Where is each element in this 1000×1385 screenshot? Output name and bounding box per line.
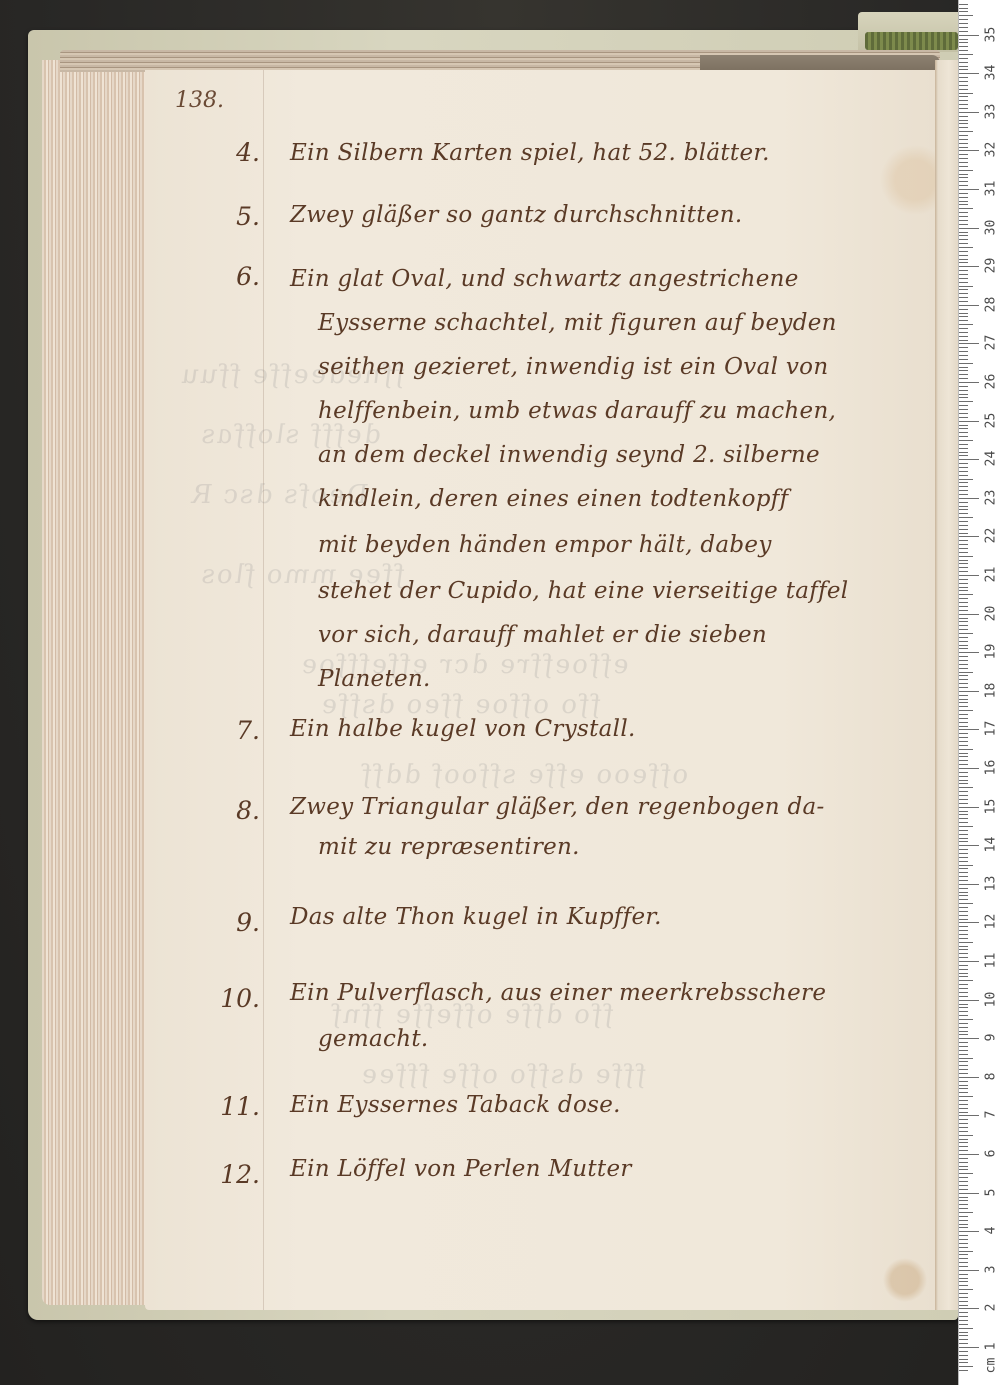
ruler-tick — [959, 421, 979, 422]
ruler-tick — [959, 444, 968, 445]
ruler-tick — [959, 1158, 968, 1159]
entry-line: Eysserne schachtel, mit figuren auf beyd… — [318, 310, 837, 336]
ruler-tick — [959, 1011, 968, 1012]
ruler-tick — [959, 270, 968, 271]
ruler-tick — [959, 1293, 968, 1294]
ruler-tick — [959, 838, 968, 839]
ruler-tick — [959, 15, 973, 16]
ruler-tick — [959, 699, 968, 700]
ruler-tick — [959, 795, 968, 796]
ruler-tick — [959, 946, 968, 947]
ruler-tick — [959, 27, 968, 28]
ruler-tick — [959, 262, 968, 263]
ruler-cm-label: 16 — [984, 758, 999, 778]
ruler-tick — [959, 85, 968, 86]
ruler-tick — [959, 397, 968, 398]
ruler-tick — [959, 1366, 973, 1367]
ruler-tick — [959, 100, 968, 101]
ruler-tick — [959, 834, 968, 835]
ruler-tick — [959, 903, 973, 904]
ruler-cm-label: 14 — [984, 835, 999, 855]
ruler-tick — [959, 533, 968, 534]
ruler-tick — [959, 814, 968, 815]
ruler-cm-label: 10 — [984, 989, 999, 1009]
ruler-tick — [959, 811, 968, 812]
ruler-tick — [959, 664, 968, 665]
ruler-tick — [959, 575, 979, 576]
ruler-tick — [959, 973, 968, 974]
ruler-tick — [959, 660, 968, 661]
ruler-tick — [959, 11, 968, 12]
ruler-cm-label: 25 — [984, 410, 999, 430]
ruler-tick — [959, 1127, 968, 1128]
ruler-tick — [959, 116, 968, 117]
ruler-tick — [959, 783, 968, 784]
ruler-tick — [959, 517, 973, 518]
ruler-tick — [959, 1081, 968, 1082]
ruler-tick — [959, 1301, 968, 1302]
ruler-tick — [959, 984, 968, 985]
ruler-tick — [959, 123, 968, 124]
ruler-tick — [959, 1216, 968, 1217]
ruler-tick — [959, 841, 968, 842]
entry-number: 12. — [200, 1160, 260, 1189]
ruler-tick — [959, 39, 968, 40]
ruler-tick — [959, 552, 968, 553]
ruler-tick — [959, 1355, 968, 1356]
ruler-cm-label: 15 — [984, 796, 999, 816]
ruler-tick — [959, 1193, 979, 1194]
ruler-tick — [959, 19, 968, 20]
ruler-tick — [959, 760, 968, 761]
ruler-tick — [959, 1054, 968, 1055]
ruler-tick — [959, 181, 968, 182]
ruler-tick — [959, 93, 973, 94]
ruler-tick — [959, 996, 968, 997]
ruler-tick — [959, 695, 968, 696]
ruler-tick — [959, 1108, 968, 1109]
entry-number: 5. — [200, 202, 260, 231]
ruler-tick — [959, 216, 968, 217]
ruler-tick — [959, 81, 968, 82]
ruler-cm-label: 18 — [984, 680, 999, 700]
ruler-tick — [959, 583, 968, 584]
ruler-tick — [959, 922, 979, 923]
ruler-tick — [959, 1289, 973, 1290]
margin-rule — [263, 70, 264, 1310]
entry-number: 9. — [200, 908, 260, 937]
ruler-tick — [959, 401, 973, 402]
ruler-tick — [959, 108, 968, 109]
ruler-tick — [959, 590, 968, 591]
measurement-ruler: 1234567891011121314151617181920212223242… — [958, 0, 1000, 1385]
entry-line: mit zu repræsentiren. — [318, 834, 580, 860]
entry-line: Planeten. — [318, 666, 431, 692]
ruler-tick — [959, 594, 973, 595]
ruler-tick — [959, 1112, 968, 1113]
ruler-tick — [959, 1297, 968, 1298]
ruler-tick — [959, 475, 968, 476]
ruler-tick — [959, 733, 968, 734]
ruler-tick — [959, 482, 968, 483]
entry-line: seithen gezieret, inwendig ist ein Oval … — [318, 354, 828, 380]
ruler-tick — [959, 614, 979, 615]
ruler-tick — [959, 390, 968, 391]
ruler-tick — [959, 112, 979, 113]
ruler-tick — [959, 232, 968, 233]
ruler-tick — [959, 980, 973, 981]
page-stack-edge — [42, 60, 148, 1305]
ruler-tick — [959, 417, 968, 418]
ruler-tick — [959, 1004, 968, 1005]
ruler-tick — [959, 8, 968, 9]
entry-line: Ein Eyssernes Taback dose. — [290, 1092, 621, 1118]
ruler-cm-label: 23 — [984, 487, 999, 507]
ruler-tick — [959, 911, 968, 912]
ruler-tick — [959, 479, 973, 480]
ruler-tick — [959, 1038, 979, 1039]
ruler-cm-label: 19 — [984, 642, 999, 662]
ruler-tick — [959, 602, 968, 603]
ruler-tick — [959, 1258, 968, 1259]
ruler-tick — [959, 1332, 968, 1333]
ruler-tick — [959, 1042, 968, 1043]
entry-line: Zwey Triangular gläßer, den regenbogen d… — [290, 794, 825, 820]
ruler-tick — [959, 714, 968, 715]
ruler-cm-label: 21 — [984, 565, 999, 585]
ruler-tick — [959, 1278, 968, 1279]
ruler-tick — [959, 224, 968, 225]
ruler-cm-label: 3 — [984, 1259, 999, 1279]
entry-number: 10. — [200, 984, 260, 1013]
ruler-tick — [959, 448, 968, 449]
ruler-tick — [959, 42, 968, 43]
ruler-tick — [959, 556, 973, 557]
ruler-tick — [959, 1135, 973, 1136]
ruler-tick — [959, 432, 968, 433]
ruler-tick — [959, 845, 979, 846]
ruler-tick — [959, 274, 968, 275]
entry-number: 8. — [200, 796, 260, 825]
ruler-tick — [959, 567, 968, 568]
ruler-tick — [959, 4, 968, 5]
ruler-tick — [959, 463, 968, 464]
ruler-tick — [959, 529, 968, 530]
ruler-tick — [959, 235, 968, 236]
folio-number: 138. — [175, 88, 224, 113]
ruler-unit-label: cm — [984, 1356, 999, 1376]
ruler-tick — [959, 486, 968, 487]
ruler-tick — [959, 780, 968, 781]
ruler-tick — [959, 756, 968, 757]
ruler-tick — [959, 336, 968, 337]
ruler-tick — [959, 1247, 968, 1248]
ruler-tick — [959, 316, 968, 317]
ruler-tick — [959, 1019, 973, 1020]
ruler-tick — [959, 343, 979, 344]
ruler-tick — [959, 1069, 968, 1070]
ruler-tick — [959, 1274, 968, 1275]
ruler-tick — [959, 46, 968, 47]
entry-line: Ein Löffel von Perlen Mutter — [290, 1156, 632, 1182]
ruler-tick — [959, 1197, 968, 1198]
entry-number: 6. — [200, 262, 260, 291]
ruler-tick — [959, 1096, 973, 1097]
ruler-tick — [959, 1316, 968, 1317]
ruler-tick — [959, 50, 968, 51]
ruler-tick — [959, 166, 968, 167]
ruler-tick — [959, 726, 968, 727]
ruler-tick — [959, 953, 968, 954]
ruler-tick — [959, 328, 968, 329]
ruler-tick — [959, 1123, 968, 1124]
ruler-tick — [959, 1073, 968, 1074]
ruler-cm-label: 11 — [984, 951, 999, 971]
ruler-cm-label: 1 — [984, 1337, 999, 1357]
ruler-tick — [959, 143, 968, 144]
ruler-tick — [959, 367, 968, 368]
ruler-tick — [959, 633, 973, 634]
ruler-tick — [959, 313, 968, 314]
ruler-tick — [959, 69, 968, 70]
ruler-tick — [959, 919, 968, 920]
ruler-tick — [959, 1046, 968, 1047]
ruler-tick — [959, 645, 968, 646]
ruler-tick — [959, 776, 968, 777]
ruler-tick — [959, 1254, 968, 1255]
ruler-tick — [959, 799, 968, 800]
ruler-tick — [959, 888, 968, 889]
ruler-tick — [959, 204, 968, 205]
ruler-tick — [959, 718, 968, 719]
ruler-tick — [959, 857, 968, 858]
ruler-cm-label: 27 — [984, 333, 999, 353]
ruler-tick — [959, 965, 968, 966]
ruler-tick — [959, 525, 968, 526]
ruler-tick — [959, 729, 979, 730]
ruler-tick — [959, 610, 968, 611]
ruler-tick — [959, 490, 968, 491]
ruler-tick — [959, 1281, 968, 1282]
ruler-tick — [959, 741, 968, 742]
ruler-tick — [959, 174, 968, 175]
ruler-tick — [959, 301, 968, 302]
ruler-tick — [959, 509, 968, 510]
ruler-tick — [959, 266, 979, 267]
ruler-tick — [959, 255, 968, 256]
ruler-tick — [959, 1370, 968, 1371]
ruler-tick — [959, 1231, 979, 1232]
ruler-tick — [959, 185, 968, 186]
ruler-tick — [959, 363, 973, 364]
ruler-tick — [959, 96, 968, 97]
ruler-tick — [959, 1239, 968, 1240]
ruler-tick — [959, 899, 968, 900]
ruler-tick — [959, 1050, 968, 1051]
ruler-tick — [959, 1031, 968, 1032]
ruler-tick — [959, 212, 968, 213]
ruler-tick — [959, 502, 968, 503]
ruler-cm-label: 28 — [984, 294, 999, 314]
ruler-tick — [959, 648, 968, 649]
ruler-tick — [959, 1339, 968, 1340]
ruler-cm-label: 13 — [984, 873, 999, 893]
ruler-tick — [959, 154, 968, 155]
ruler-tick — [959, 722, 968, 723]
ruler-tick — [959, 1359, 968, 1360]
ruler-tick — [959, 193, 968, 194]
ruler-tick — [959, 563, 968, 564]
ruler-tick — [959, 405, 968, 406]
ruler-tick — [959, 861, 968, 862]
ruler-tick — [959, 1305, 968, 1306]
ruler-cm-label: 20 — [984, 603, 999, 623]
page-gutter — [935, 60, 958, 1310]
ruler-tick — [959, 378, 968, 379]
ruler-tick — [959, 359, 968, 360]
ruler-tick — [959, 1200, 968, 1201]
ruler-tick — [959, 452, 968, 453]
ruler-tick — [959, 683, 968, 684]
ruler-tick — [959, 139, 968, 140]
entry-number: 7. — [200, 716, 260, 745]
ruler-tick — [959, 656, 968, 657]
ruler-cm-label: 24 — [984, 449, 999, 469]
ruler-tick — [959, 1173, 973, 1174]
ruler-tick — [959, 544, 968, 545]
ruler-tick — [959, 425, 968, 426]
ruler-tick — [959, 579, 968, 580]
entry-line: vor sich, darauff mahlet er die sieben — [318, 622, 767, 648]
ruler-cm-label: 8 — [984, 1066, 999, 1086]
ruler-tick — [959, 1251, 973, 1252]
ruler-tick — [959, 436, 968, 437]
ruler-tick — [959, 807, 979, 808]
ruler-tick — [959, 1000, 979, 1001]
ruler-tick — [959, 691, 979, 692]
ruler-tick — [959, 1100, 968, 1101]
entry-line: Ein Pulverflasch, aus einer meerkrebssch… — [290, 980, 826, 1006]
ruler-tick — [959, 1169, 968, 1170]
ruler-tick — [959, 710, 973, 711]
ruler-tick — [959, 1131, 968, 1132]
ruler-tick — [959, 259, 968, 260]
ruler-tick — [959, 884, 979, 885]
ruler-tick — [959, 374, 968, 375]
ruler-tick — [959, 1027, 968, 1028]
ruler-tick — [959, 1146, 968, 1147]
entry-line: Ein glat Oval, und schwartz angestrichen… — [290, 266, 799, 292]
ruler-tick — [959, 177, 968, 178]
ruler-tick — [959, 409, 968, 410]
ruler-tick — [959, 440, 973, 441]
ruler-cm-label: 32 — [984, 140, 999, 160]
ruler-tick — [959, 702, 968, 703]
ruler-tick — [959, 618, 968, 619]
ruler-tick — [959, 1189, 968, 1190]
ruler-tick — [959, 66, 968, 67]
ruler-tick — [959, 749, 973, 750]
ruler-tick — [959, 1185, 968, 1186]
ruler-cm-label: 31 — [984, 179, 999, 199]
entry-number: 11. — [200, 1092, 260, 1121]
entry-line: stehet der Cupido, hat eine vierseitige … — [318, 578, 848, 604]
ruler-tick — [959, 289, 968, 290]
ruler-tick — [959, 1320, 968, 1321]
ruler-tick — [959, 1227, 968, 1228]
ruler-tick — [959, 340, 968, 341]
ruler-tick — [959, 926, 968, 927]
ruler-cm-label: 2 — [984, 1298, 999, 1318]
ruler-tick — [959, 865, 973, 866]
ruler-tick — [959, 127, 968, 128]
ruler-tick — [959, 1058, 973, 1059]
ruler-tick — [959, 621, 968, 622]
ruler-tick — [959, 1362, 968, 1363]
entry-line: gemacht. — [318, 1026, 429, 1052]
ruler-tick — [959, 1034, 968, 1035]
entry-number: 4. — [200, 138, 260, 167]
ruler-tick — [959, 672, 973, 673]
ruler-tick — [959, 745, 968, 746]
ruler-ticks: 1234567891011121314151617181920212223242… — [959, 0, 1000, 1385]
ruler-tick — [959, 930, 968, 931]
ruler-tick — [959, 189, 979, 190]
ruler-tick — [959, 1077, 979, 1078]
ruler-tick — [959, 625, 968, 626]
ruler-tick — [959, 170, 973, 171]
ruler-cm-label: 4 — [984, 1221, 999, 1241]
ruler-tick — [959, 598, 968, 599]
ruler-cm-label: 22 — [984, 526, 999, 546]
ruler-tick — [959, 976, 968, 977]
ruler-tick — [959, 1119, 968, 1120]
ruler-tick — [959, 506, 968, 507]
ruler-tick — [959, 1335, 968, 1336]
ruler-tick — [959, 243, 968, 244]
ruler-tick — [959, 1166, 968, 1167]
ruler-cm-label: 35 — [984, 24, 999, 44]
ruler-tick — [959, 1007, 968, 1008]
ruler-tick — [959, 830, 968, 831]
ruler-tick — [959, 77, 968, 78]
ruler-tick — [959, 131, 973, 132]
ruler-cm-label: 17 — [984, 719, 999, 739]
ruler-tick — [959, 1266, 968, 1267]
entry-line: Zwey gläßer so gantz durchschnitten. — [290, 202, 742, 228]
ruler-tick — [959, 513, 968, 514]
entry-line: Ein halbe kugel von Crystall. — [290, 716, 636, 742]
ruler-cm-label: 7 — [984, 1105, 999, 1125]
ruler-tick — [959, 1328, 973, 1329]
ruler-tick — [959, 571, 968, 572]
ruler-tick — [959, 1351, 968, 1352]
ruler-tick — [959, 1208, 968, 1209]
ruler-tick — [959, 1308, 979, 1309]
ruler-tick — [959, 471, 968, 472]
entry-line: an dem deckel inwendig seynd 2. silberne — [318, 442, 820, 468]
ruler-tick — [959, 1312, 968, 1313]
ruler-tick — [959, 494, 968, 495]
ruler-tick — [959, 459, 979, 460]
ruler-tick — [959, 969, 968, 970]
ruler-tick — [959, 228, 979, 229]
ruler-tick — [959, 413, 968, 414]
ruler-tick — [959, 251, 968, 252]
ruler-tick — [959, 679, 968, 680]
ruler-tick — [959, 1092, 968, 1093]
ruler-tick — [959, 1243, 968, 1244]
